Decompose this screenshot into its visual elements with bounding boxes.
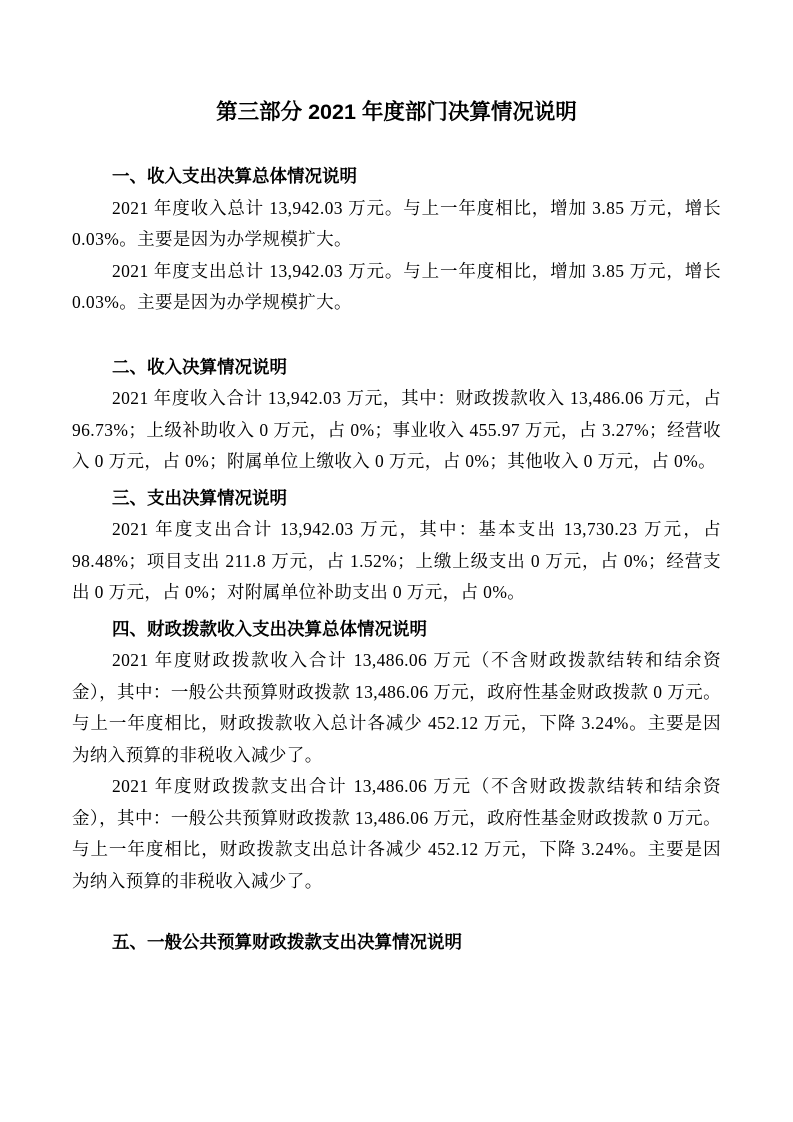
section-general-public-budget-expenditure: 五、一般公共预算财政拨款支出决算情况说明 — [72, 927, 721, 959]
section-heading: 五、一般公共预算财政拨款支出决算情况说明 — [72, 927, 721, 959]
section-income-statement: 二、收入决算情况说明 2021 年度收入合计 13,942.03 万元，其中：财… — [72, 352, 721, 478]
section-heading: 二、收入决算情况说明 — [72, 352, 721, 384]
section-fiscal-appropriation-overview: 四、财政拨款收入支出决算总体情况说明 2021 年度财政拨款收入合计 13,48… — [72, 614, 721, 898]
section-heading: 一、收入支出决算总体情况说明 — [72, 161, 721, 193]
paragraph: 2021 年度收入合计 13,942.03 万元，其中：财政拨款收入 13,48… — [72, 383, 721, 478]
page-title: 第三部分 2021 年度部门决算情况说明 — [72, 95, 721, 129]
paragraph: 2021 年度支出总计 13,942.03 万元。与上一年度相比，增加 3.85… — [72, 256, 721, 319]
paragraph: 2021 年度财政拨款收入合计 13,486.06 万元（不含财政拨款结转和结余… — [72, 645, 721, 771]
section-heading: 三、支出决算情况说明 — [72, 483, 721, 515]
paragraph: 2021 年度财政拨款支出合计 13,486.06 万元（不含财政拨款结转和结余… — [72, 771, 721, 897]
section-income-expenditure-overview: 一、收入支出决算总体情况说明 2021 年度收入总计 13,942.03 万元。… — [72, 161, 721, 319]
paragraph: 2021 年度收入总计 13,942.03 万元。与上一年度相比，增加 3.85… — [72, 193, 721, 256]
paragraph: 2021 年度支出合计 13,942.03 万元，其中：基本支出 13,730.… — [72, 514, 721, 609]
section-heading: 四、财政拨款收入支出决算总体情况说明 — [72, 614, 721, 646]
document-page: 第三部分 2021 年度部门决算情况说明 一、收入支出决算总体情况说明 2021… — [0, 0, 793, 1122]
section-expenditure-statement: 三、支出决算情况说明 2021 年度支出合计 13,942.03 万元，其中：基… — [72, 483, 721, 609]
